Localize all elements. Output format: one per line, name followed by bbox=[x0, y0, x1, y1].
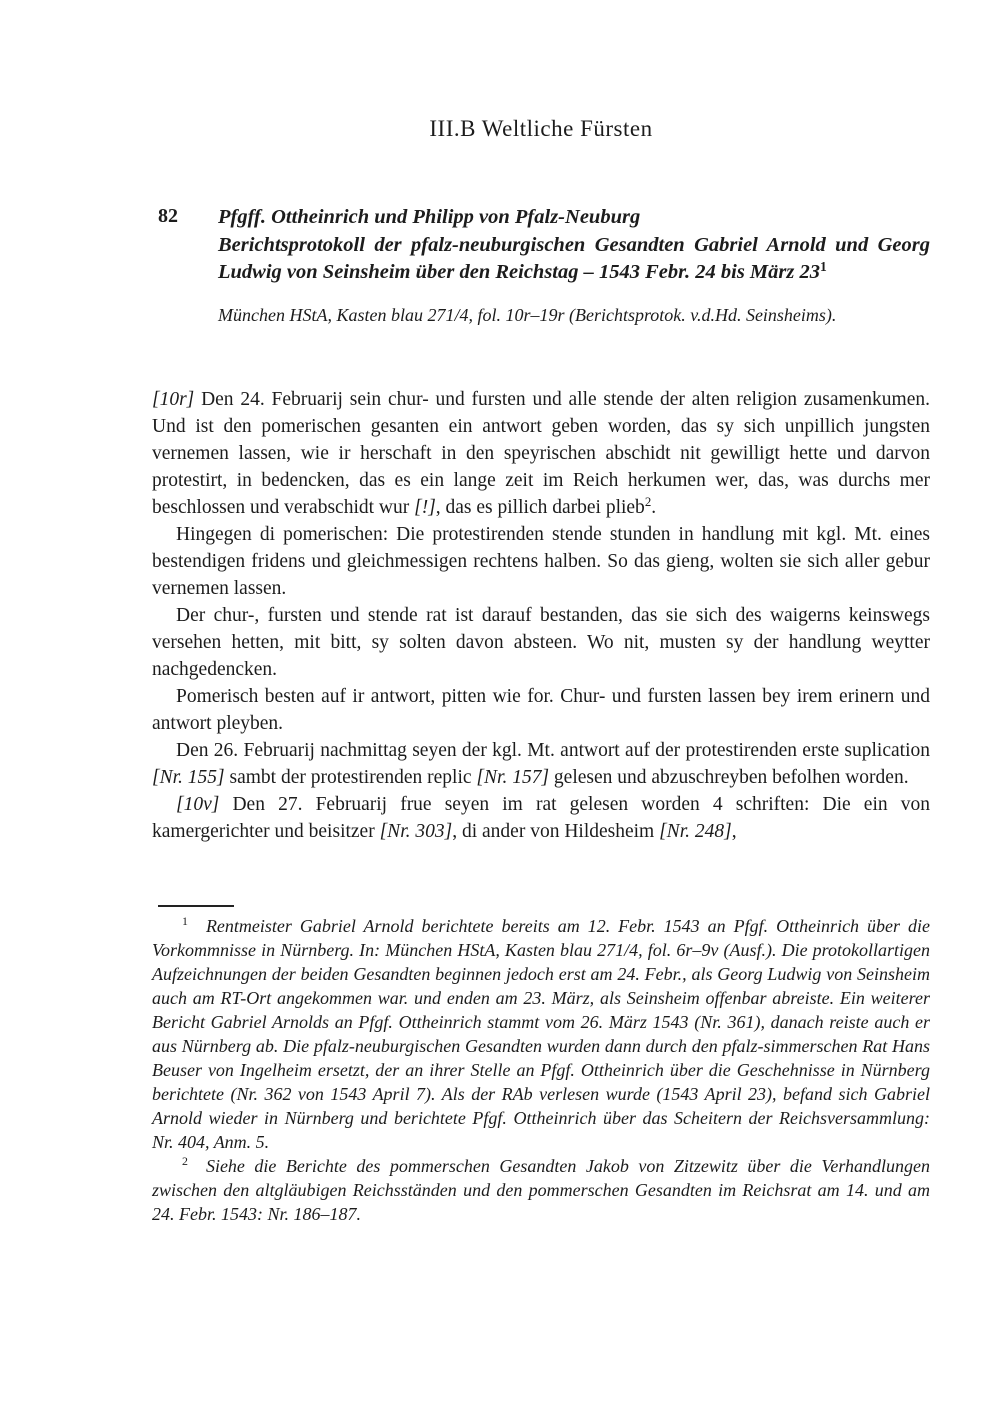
entry-title-line1: Pfgff. Ottheinrich und Philipp von Pfalz… bbox=[218, 204, 930, 232]
body-paragraph: Pomerisch besten auf ir antwort, pitten … bbox=[152, 683, 930, 737]
section-heading: III.B Weltliche Fürsten bbox=[152, 116, 930, 142]
body-text: [10r] Den 24. Februarij sein chur- und f… bbox=[152, 386, 930, 845]
footnotes: 1Rentmeister Gabriel Arnold berichtete b… bbox=[152, 914, 930, 1226]
body-paragraph: Hingegen di pomerischen: Die protestiren… bbox=[152, 521, 930, 602]
footnote-number: 1 bbox=[182, 914, 188, 928]
footnote-text: Siehe die Berichte des pommerschen Gesan… bbox=[152, 1156, 930, 1224]
entry-82: 82 Pfgff. Ottheinrich und Philipp von Pf… bbox=[152, 204, 930, 328]
body-paragraph: Den 26. Februarij nachmittag seyen der k… bbox=[152, 737, 930, 791]
entry-number: 82 bbox=[158, 205, 178, 228]
body-paragraph: Der chur-, fursten und stende rat ist da… bbox=[152, 602, 930, 683]
entry-title-line2: Berichtsprotokoll der pfalz-neuburgische… bbox=[218, 232, 930, 287]
entry-title: Pfgff. Ottheinrich und Philipp von Pfalz… bbox=[218, 204, 930, 287]
title-footnote-ref: 1 bbox=[820, 259, 827, 274]
source-citation: München HStA, Kasten blau 271/4, fol. 10… bbox=[218, 303, 930, 328]
footnote-number: 2 bbox=[182, 1154, 188, 1168]
document-page: III.B Weltliche Fürsten 82 Pfgff. Otthei… bbox=[0, 0, 1004, 1418]
footnote-text: Rentmeister Gabriel Arnold berichtete be… bbox=[152, 916, 930, 1152]
body-paragraph: [10v] Den 27. Februarij frue seyen im ra… bbox=[152, 791, 930, 845]
body-paragraph: [10r] Den 24. Februarij sein chur- und f… bbox=[152, 386, 930, 521]
footnote: 1Rentmeister Gabriel Arnold berichtete b… bbox=[152, 914, 930, 1154]
footnote: 2Siehe die Berichte des pommerschen Gesa… bbox=[152, 1154, 930, 1226]
footnote-separator bbox=[158, 905, 234, 907]
